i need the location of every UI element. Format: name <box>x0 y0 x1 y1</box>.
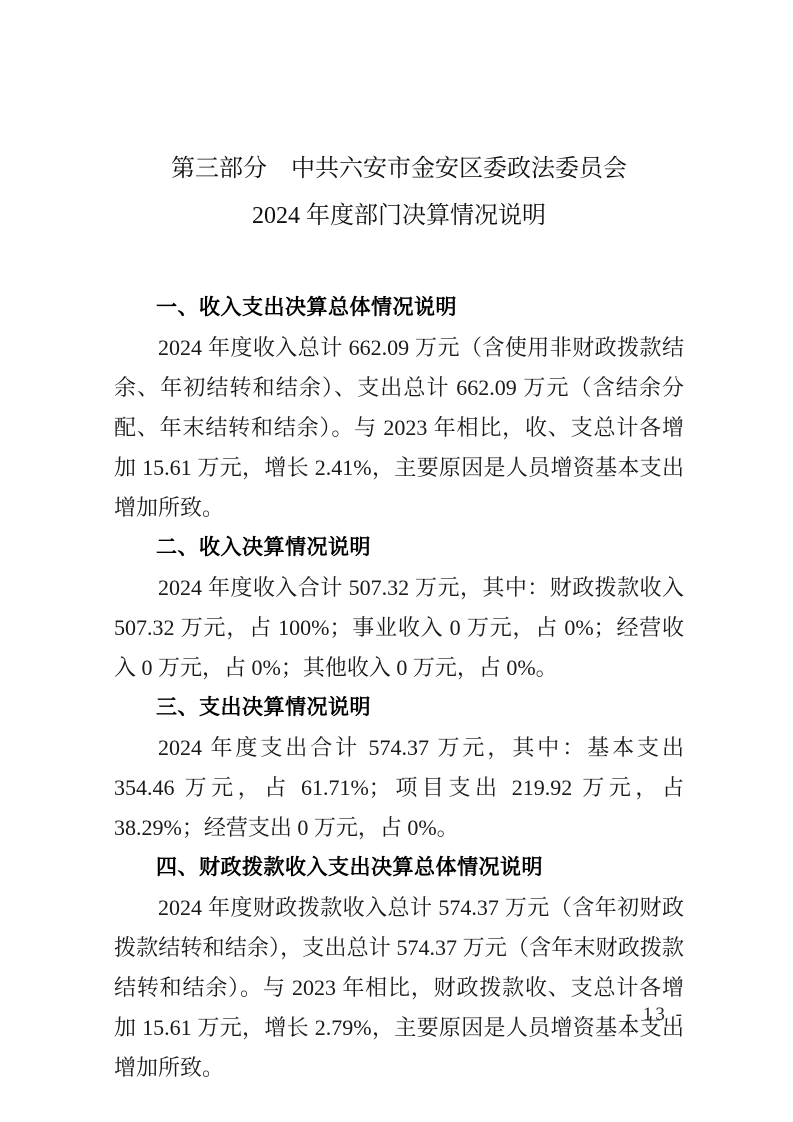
section-fiscal-appropriation-overview: 四、财政拨款收入支出决算总体情况说明 2024 年度财政拨款收入总计 574.3… <box>114 848 684 1088</box>
section-heading: 三、支出决算情况说明 <box>114 688 684 728</box>
section-income-expense-overview: 一、收入支出决算总体情况说明 2024 年度收入总计 662.09 万元（含使用… <box>114 288 684 528</box>
document-body: 一、收入支出决算总体情况说明 2024 年度收入总计 662.09 万元（含使用… <box>114 288 684 1088</box>
section-heading: 一、收入支出决算总体情况说明 <box>114 288 684 328</box>
document-content: 第三部分 中共六安市金安区委政法委员会 2024 年度部门决算情况说明 一、收入… <box>114 146 684 1088</box>
section-paragraph: 2024 年度支出合计 574.37 万元，其中：基本支出 354.46 万元，… <box>114 728 684 848</box>
section-heading: 二、收入决算情况说明 <box>114 528 684 568</box>
section-expense-detail: 三、支出决算情况说明 2024 年度支出合计 574.37 万元，其中：基本支出… <box>114 688 684 848</box>
section-paragraph: 2024 年度收入总计 662.09 万元（含使用非财政拨款结余、年初结转和结余… <box>114 328 684 528</box>
document-title: 第三部分 中共六安市金安区委政法委员会 2024 年度部门决算情况说明 <box>114 146 684 240</box>
section-paragraph: 2024 年度收入合计 507.32 万元，其中：财政拨款收入 507.32 万… <box>114 568 684 688</box>
document-title-line1: 第三部分 中共六安市金安区委政法委员会 <box>114 146 684 193</box>
section-income-detail: 二、收入决算情况说明 2024 年度收入合计 507.32 万元，其中：财政拨款… <box>114 528 684 688</box>
document-title-line2: 2024 年度部门决算情况说明 <box>114 193 684 240</box>
page-number: - 13 - <box>626 1004 685 1026</box>
section-paragraph: 2024 年度财政拨款收入总计 574.37 万元（含年初财政拨款结转和结余），… <box>114 888 684 1088</box>
section-heading: 四、财政拨款收入支出决算总体情况说明 <box>114 848 684 888</box>
document-page: 第三部分 中共六安市金安区委政法委员会 2024 年度部门决算情况说明 一、收入… <box>0 0 793 1122</box>
